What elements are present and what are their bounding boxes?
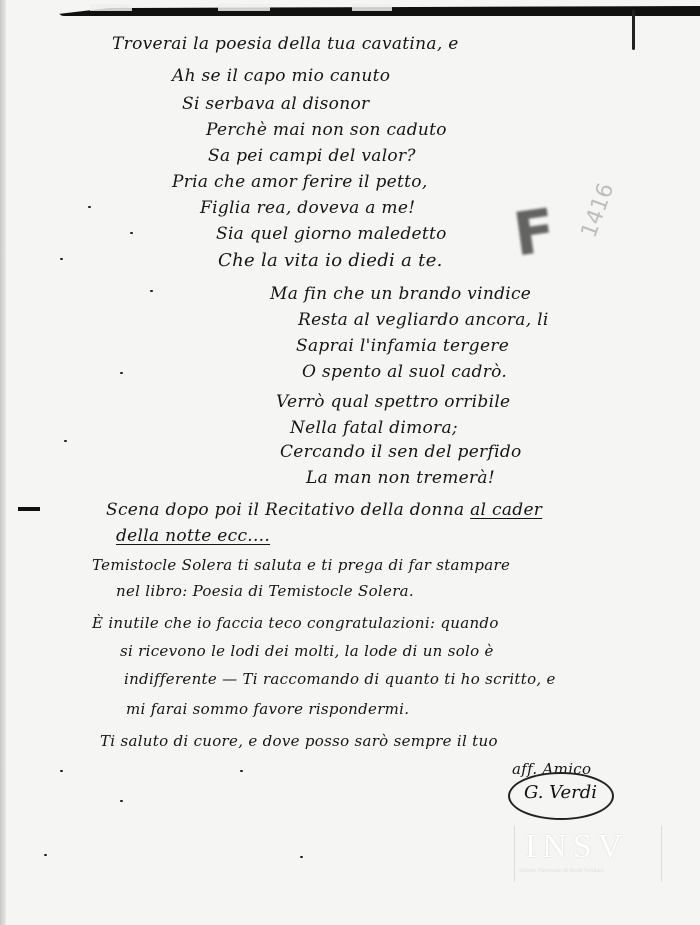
top-edge-label <box>352 4 392 11</box>
top-edge-label <box>218 4 270 11</box>
prose-text: Scena dopo poi il Recitativo della donna <box>106 500 464 520</box>
verse-line: Ah se il capo mio canuto <box>172 66 390 86</box>
ink-speck <box>300 856 303 858</box>
prose-underlined: al cader <box>470 500 542 520</box>
verse-line: Cercando il sen del perfido <box>280 442 522 462</box>
signature-text: G. Verdi <box>524 782 597 803</box>
verse-line: Nella fatal dimora; <box>290 418 458 438</box>
verse-line: Si serbava al disonor <box>182 94 369 114</box>
verse-line: Saprai l'infamia tergere <box>296 336 509 356</box>
verse-line: O spento al suol cadrò. <box>302 362 507 382</box>
ink-speck <box>240 770 243 772</box>
scan-left-edge <box>0 0 6 925</box>
verse-line: La man non tremerà! <box>306 468 495 488</box>
ink-speck <box>60 770 63 772</box>
verse-line: Resta al vegliardo ancora, li <box>298 310 549 330</box>
verse-line: Sa pei campi del valor? <box>208 146 416 166</box>
prose-line: Temistocle Solera ti saluta e ti prega d… <box>92 556 510 574</box>
verse-line: Ma fin che un brando vindice <box>270 284 531 304</box>
top-edge-label <box>90 4 132 11</box>
ink-speck <box>150 290 153 292</box>
pencil-archive-number: 1416 <box>577 180 620 241</box>
verse-line: Perchè mai non son caduto <box>206 120 447 140</box>
watermark-subtitle: Istituto Nazionale di Studi Verdiani <box>519 868 659 874</box>
ink-speck <box>120 372 123 374</box>
prose-line: È inutile che io faccia teco congratulaz… <box>92 614 499 632</box>
verse-line: Troverai la poesia della tua cavatina, e <box>112 34 459 54</box>
insv-watermark: INSV Istituto Nazionale di Studi Verdian… <box>514 826 662 882</box>
ink-speck <box>88 206 91 208</box>
verse-line: Figlia rea, doveva a me! <box>200 198 415 218</box>
prose-line: si ricevono le lodi dei molti, la lode d… <box>120 642 494 660</box>
prose-line: Scena dopo poi il Recitativo della donna… <box>106 500 542 520</box>
prose-line: mi farai sommo favore rispondermi. <box>126 700 409 718</box>
verse-line: Che la vita io diedi a te. <box>218 250 443 271</box>
watermark-logo: INSV <box>525 828 628 866</box>
margin-dash-mark <box>18 507 40 511</box>
verse-line: Sia quel giorno maledetto <box>216 224 447 244</box>
verse-line: Pria che amor ferire il petto, <box>172 172 428 192</box>
prose-line: nel libro: Poesia di Temistocle Solera. <box>116 582 414 600</box>
ink-speck <box>130 232 133 234</box>
prose-line: Ti saluto di cuore, e dove posso sarò se… <box>100 732 498 750</box>
signature: G. Verdi <box>508 772 614 820</box>
prose-line: della notte ecc.... <box>116 526 270 546</box>
ink-speck <box>64 440 67 442</box>
verse-line: Verrò qual spettro orribile <box>276 392 510 412</box>
ink-speck <box>44 854 47 856</box>
ink-speck <box>120 800 123 802</box>
ink-speck <box>60 258 63 260</box>
archive-stamp-letter: F <box>509 195 559 270</box>
prose-line: indifferente — Ti raccomando di quanto t… <box>124 670 556 688</box>
ink-drip <box>632 10 635 50</box>
manuscript-page: Troverai la poesia della tua cavatina, e… <box>0 0 700 925</box>
